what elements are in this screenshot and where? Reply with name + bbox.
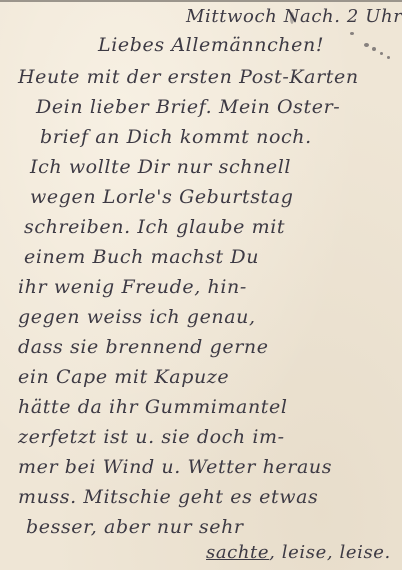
closing-line: sachte, leise, leise. [206,542,391,563]
salutation: Liebes Allemännchen! [98,34,324,56]
letter-page: Mittwoch Nach. 2 Uhr. Liebes Allemännche… [0,0,402,570]
body-line-8: ihr wenig Freude, hin- [18,276,247,298]
body-line-13: zerfetzt ist u. sie doch im- [18,426,285,448]
body-line-14: mer bei Wind u. Wetter heraus [18,456,332,478]
date-line: Mittwoch Nach. 2 Uhr. [186,6,402,27]
body-line-15: muss. Mitschie geht es etwas [18,486,318,508]
body-line-9: gegen weiss ich genau, [18,306,256,328]
ink-smudge [290,12,294,24]
body-line-2: Dein lieber Brief. Mein Oster- [36,96,340,118]
body-line-16: besser, aber nur sehr [26,516,244,538]
closing-underlined-word: sachte [206,542,269,563]
body-line-1: Heute mit der ersten Post-Karten [18,66,359,88]
ink-dot [380,52,383,55]
body-line-3: brief an Dich kommt noch. [40,126,312,148]
body-line-4: Ich wollte Dir nur schnell [30,156,291,178]
ink-dot [387,56,390,59]
body-line-7: einem Buch machst Du [24,246,259,268]
body-line-5: wegen Lorle's Geburtstag [30,186,293,208]
body-line-6: schreiben. Ich glaube mit [24,216,285,238]
ink-dot [372,47,376,51]
closing-rest: , leise, leise. [269,542,391,563]
body-line-11: ein Cape mit Kapuze [18,366,229,388]
body-line-12: hätte da ihr Gummimantel [18,396,288,418]
ink-dot [364,43,369,47]
body-line-10: dass sie brennend gerne [18,336,269,358]
ink-dot [350,32,354,35]
